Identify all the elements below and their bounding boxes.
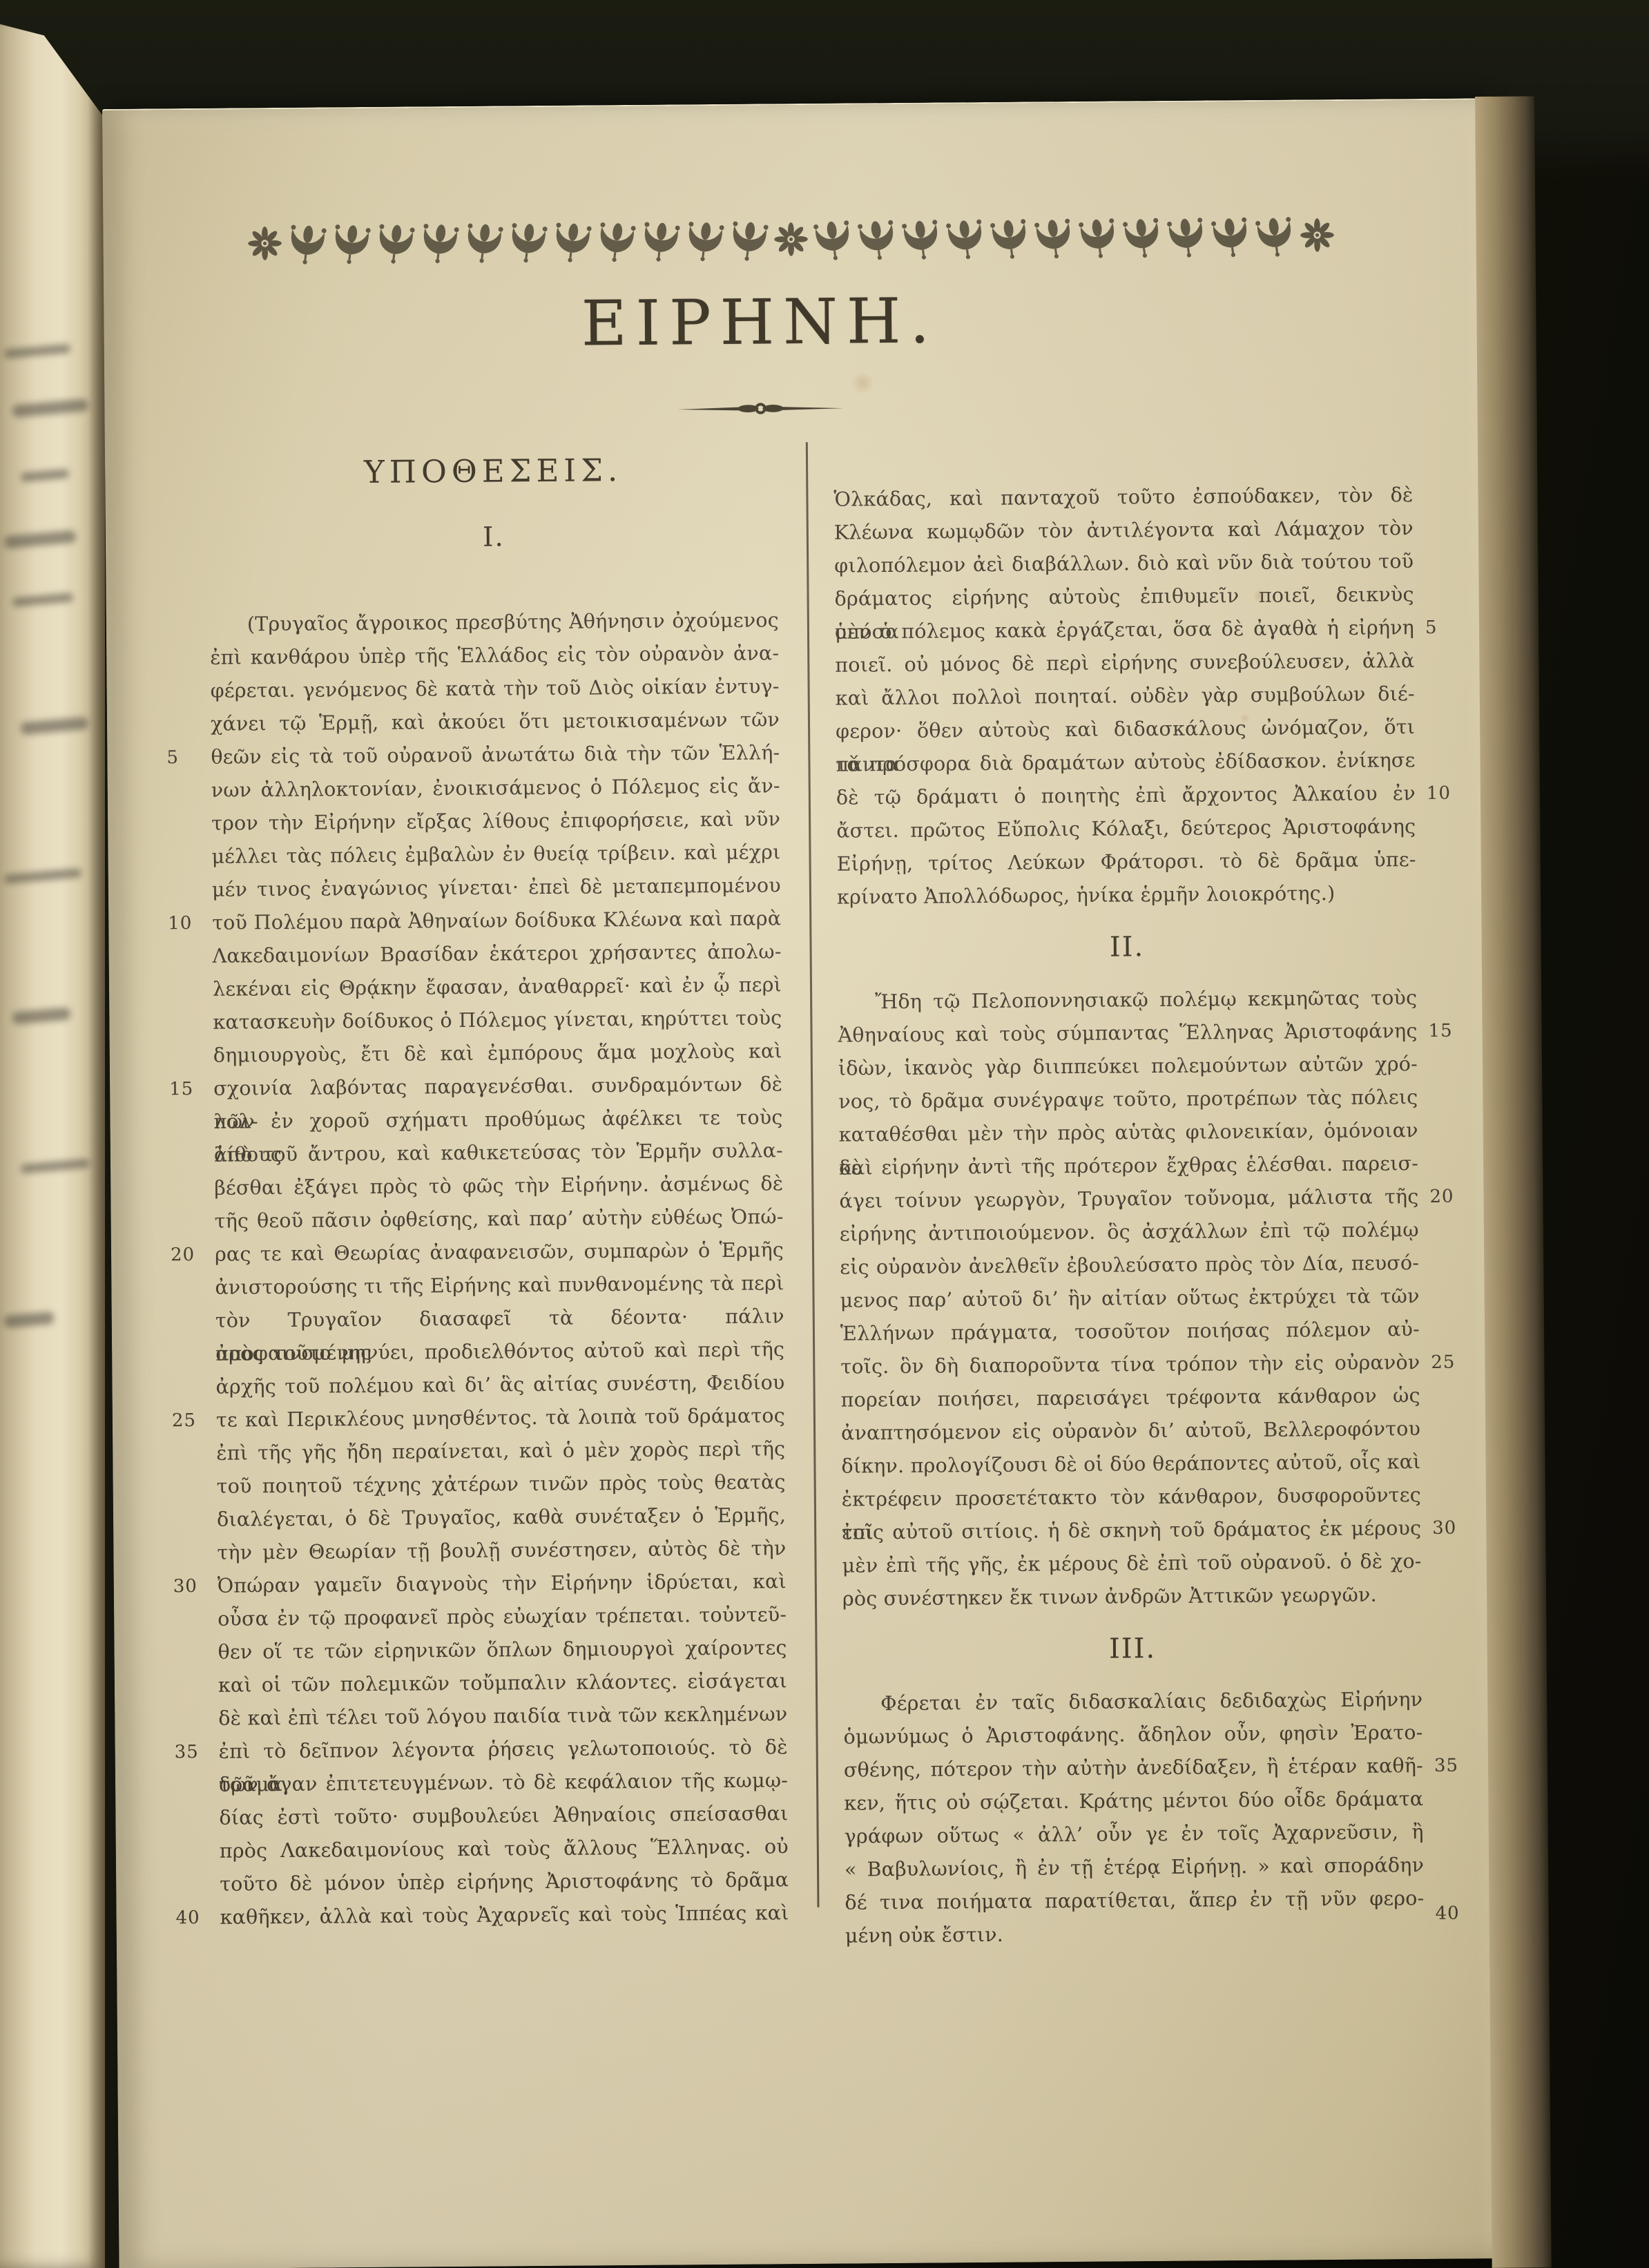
ornament-border-band <box>135 209 1447 272</box>
floral-motif-icon <box>331 222 372 266</box>
floral-motif-icon <box>1034 216 1074 260</box>
text-line-content: Ὁλκάδας, καὶ πανταχοῦ τοῦτο ἐσπούδακεν, … <box>833 483 1413 511</box>
text-line: θεν οἵ τε τῶν εἰρηνικῶν ὅπλων δημιουργοὶ… <box>218 1631 787 1669</box>
text-line: νος, τὸ δρᾶμα συνέγραψε τοῦτο, προτρέπων… <box>838 1081 1418 1119</box>
text-line-content: ἰδὼν, ἱκανὸς γὰρ διιππεύκει πολεμούντων … <box>838 1053 1418 1080</box>
facing-page-text-blur <box>3 530 76 549</box>
text-line: φερον· ὅθεν αὐτοὺς καὶ διδασκάλους ὠνόμα… <box>836 711 1415 749</box>
text-line-content: κατασκευὴν δοίδυκος ὁ Πόλεμος γίνεται, κ… <box>213 1006 782 1033</box>
text-line: δὲ καὶ ἐπὶ τέλει τοῦ λόγου παιδία τινὰ τ… <box>218 1698 787 1735</box>
text-line: τὰ πρόσφορα διὰ δραμάτων αὐτοὺς ἐδίδασκο… <box>836 744 1415 782</box>
floral-motif-icon <box>684 219 725 263</box>
floral-motif-icon <box>1211 215 1251 259</box>
text-line: θεῶν εἰς τὰ τοῦ οὐρανοῦ ἀνωτάτω διὰ τὴν … <box>211 736 780 773</box>
text-line-content: Ἤδη τῷ Πελοποννησιακῷ πολέμῳ κεκμηῶτας τ… <box>875 986 1417 1013</box>
text-line: οὖσα ἐν τῷ προφανεῖ πρὸς εὐωχίαν τρέπετα… <box>218 1598 787 1635</box>
text-line-content: ρὸς συνέστηκεν ἔκ τινων ἀνδρῶν Ἀττικῶν γ… <box>842 1584 1377 1611</box>
text-line: καὶ οἱ τῶν πολεμικῶν τοὔμπαλιν κλάοντες.… <box>218 1664 787 1702</box>
text-line: δράματος εἰρήνης αὐτοὺς ἐπιθυμεῖν ποιεῖ,… <box>834 578 1414 616</box>
line-number: 20 <box>171 1238 206 1271</box>
text-line-content: ποιεῖ. οὐ μόνος δὲ περὶ εἰρήνης συνεβούλ… <box>835 649 1414 677</box>
text-line: ἀρχῆς τοῦ πολέμου καὶ δι’ ἃς αἰτίας συνέ… <box>215 1366 784 1403</box>
text-line: δὲ τῷ δράματι ὁ ποιητὴς ἐπὶ ἄρχοντος Ἀλκ… <box>836 777 1416 815</box>
floral-motif-icon <box>1078 215 1119 260</box>
text-line: Κλέωνα κωμῳδῶν τὸν ἀντιλέγοντα καὶ Λάμαχ… <box>834 512 1414 550</box>
text-line-content: θεῶν εἰς τὰ τοῦ οὐρανοῦ ἀνωτάτω διὰ τὴν … <box>211 741 780 768</box>
rosette-icon <box>1299 214 1335 258</box>
hypothesis-ii-heading: II. <box>837 925 1416 970</box>
floral-motif-icon <box>990 216 1030 260</box>
text-line: τοῖς αὐτοῦ σιτίοις. ἡ δὲ σκηνὴ τοῦ δράμα… <box>842 1512 1421 1550</box>
text-line: « Βαβυλωνίοις, ἢ ἐν τῇ ἑτέρᾳ Εἰρήνῃ. » κ… <box>845 1849 1424 1887</box>
floral-motif-icon <box>508 220 548 265</box>
text-line-content: πρὸς Λακεδαιμονίους καὶ τοὺς ἄλλους Ἕλλη… <box>220 1835 789 1862</box>
text-line: δίκην. προλογίζουσι δὲ οἱ δύο θεράποντες… <box>841 1445 1420 1483</box>
floral-motif-icon <box>287 222 327 266</box>
text-line-content: τὴν μὲν Θεωρίαν τῇ βουλῇ συνέστησεν, αὐτ… <box>217 1537 786 1564</box>
text-line-content: καὶ οἱ τῶν πολεμικῶν τοὔμπαλιν κλάοντες.… <box>218 1669 787 1696</box>
text-line: Ἤδη τῷ Πελοποννησιακῷ πολέμῳ κεκμηῶτας τ… <box>838 981 1417 1019</box>
floral-motif-icon <box>1166 215 1207 259</box>
floral-motif-icon <box>945 217 986 261</box>
line-number: 5 <box>166 741 202 774</box>
text-line-content: κρίνατο Ἀπολλόδωρος, ἡνίκα ἑρμῆν λοιοκρό… <box>837 882 1335 909</box>
text-line-content: μέλλει τὰς πόλεις ἐμβαλὼν ἐν θυείᾳ τρίβε… <box>211 840 780 867</box>
facing-page-text-blur <box>21 1159 90 1174</box>
text-line: ὁμωνύμως ὁ Ἀριστοφάνης. ἄδηλον οὖν, φησὶ… <box>843 1716 1423 1754</box>
text-line: ἐπὶ κανθάρου ὑπὲρ τῆς Ἑλλάδος εἰς τὸν οὐ… <box>210 637 779 674</box>
text-line: πρὸς τοῦτο μηνύει, προδιελθόντος αὐτοῦ κ… <box>215 1333 784 1370</box>
text-line: ἐπὶ τὸ δεῖπνον λέγοντα ῥήσεις γελωτοποιο… <box>218 1731 787 1768</box>
line-number: 10 <box>1427 777 1463 810</box>
text-line-content: « Βαβυλωνίοις, ἢ ἐν τῇ ἑτέρᾳ Εἰρήνῃ. » κ… <box>845 1854 1424 1881</box>
text-line-content: δὲ τῷ δράματι ὁ ποιητὴς ἐπὶ ἄρχοντος Ἀλκ… <box>836 782 1416 809</box>
text-line-content: καθῆκεν, ἀλλὰ καὶ τοὺς Ἀχαρνεῖς καὶ τοὺς… <box>220 1901 789 1928</box>
text-line-content: σθένης, πότερον τὴν αὐτὴν ἀνεδίδαξεν, ἢ … <box>844 1754 1423 1782</box>
text-line: καθῆκεν, ἀλλὰ καὶ τοὺς Ἀχαρνεῖς καὶ τοὺς… <box>220 1896 789 1934</box>
facing-page-text-blur <box>4 868 82 884</box>
text-line: ρας τε καὶ Θεωρίας ἀναφανεισῶν, συμπαρὼν… <box>215 1233 784 1271</box>
text-line-content: τοῦτο δὲ μόνον ὑπὲρ εἰρήνης Ἀριστοφάνης … <box>220 1868 789 1895</box>
text-line: καταθέσθαι μὲν τὴν πρὸς αὑτὰς φιλονεικία… <box>839 1114 1418 1152</box>
text-line-content: φέρεται. γενόμενος δὲ κατὰ τὴν τοῦ Διὸς … <box>210 675 779 702</box>
hypothesis-i-heading: I. <box>209 519 778 555</box>
text-line-content: φιλοπόλεμον ἀεὶ διαβάλλων. διὸ καὶ νῦν δ… <box>834 550 1414 577</box>
text-line: Λακεδαιμονίων Βρασίδαν ἑκάτεροι χρήσαντε… <box>212 935 781 972</box>
text-line: τοῖς. ὃν δὴ διαποροῦντα τίνα τρόπον τὴν … <box>840 1346 1420 1384</box>
text-line: ἀνιστορούσης τι τῆς Εἰρήνης καὶ πυνθανομ… <box>215 1267 784 1304</box>
text-line-content: τε καὶ Περικλέους μνησθέντος. τὰ λοιπὰ τ… <box>216 1404 785 1431</box>
text-line-content: καὶ εἰρήνην ἀντὶ τῆς πρότερον ἔχθρας ἑλέ… <box>839 1152 1418 1180</box>
text-line: Ἀθηναίους καὶ τοὺς σύμπαντας Ἕλληνας Ἀρι… <box>838 1015 1417 1053</box>
line-number: 30 <box>173 1570 209 1603</box>
text-line-content: νων ἀλληλοκτονίαν, ἐνοικισάμενος ὁ Πόλεμ… <box>211 774 780 801</box>
text-line: καὶ ἄλλοι πολλοὶ ποιηταί. οὐδὲν γὰρ συμβ… <box>836 677 1415 715</box>
text-line-content: τοῖς. ὃν δὴ διαποροῦντα τίνα τρόπον τὴν … <box>840 1351 1420 1378</box>
title-divider-ornament <box>104 396 1416 424</box>
line-number: 40 <box>1435 1897 1471 1930</box>
text-line: τοῦ Πολέμου παρὰ Ἀθηναίων δοίδυκα Κλέωνα… <box>212 902 781 939</box>
foxing-spot <box>850 372 875 393</box>
text-line: τρον τὴν Εἰρήνην εἴρξας λίθους ἐπιφορήσε… <box>211 803 780 840</box>
line-number: 10 <box>168 907 204 940</box>
text-line-content: κεν, ἥτις οὐ σῴζεται. Κράτης μέντοι δύο … <box>844 1787 1423 1815</box>
text-line: ἄστει. πρῶτος Εὔπολις Κόλαξι, δεύτερος Ἀ… <box>836 810 1416 848</box>
text-line: καὶ εἰρήνην ἀντὶ τῆς πρότερον ἔχθρας ἑλέ… <box>839 1147 1418 1185</box>
text-line-content: δίας ἐστὶ τοῦτο· συμβουλεύει Ἀθηναίοις σ… <box>219 1802 788 1829</box>
floral-motif-icon <box>1122 215 1163 260</box>
text-line: μένη οὐκ ἔστιν.40 <box>845 1915 1425 1953</box>
text-line-content: δέ τινα ποιήματα παρατίθεται, ἅπερ ἐν τῇ… <box>845 1887 1424 1914</box>
text-line-content: ἀπὸ τοῦ ἄντρου, καὶ καθικετεύσας τὸν Ἑρμ… <box>214 1139 783 1166</box>
text-line-content: δημιουργοὺς, ἔτι δὲ καὶ ἐμπόρους ἅμα μοχ… <box>213 1039 782 1066</box>
text-line-content: ἐπὶ κανθάρου ὑπὲρ τῆς Ἑλλάδος εἰς τὸν οὐ… <box>210 642 779 669</box>
text-line: φιλοπόλεμον ἀεὶ διαβάλλων. διὸ καὶ νῦν δ… <box>834 545 1414 583</box>
text-line: ἰδὼν, ἱκανὸς γὰρ διιππεύκει πολεμούντων … <box>838 1048 1418 1086</box>
text-line-content: ὁμωνύμως ὁ Ἀριστοφάνης. ἄδηλον οὖν, φησὶ… <box>843 1721 1423 1749</box>
text-line-content: μὲν ἐπὶ τῆς γῆς, ἐκ μέρους δὲ ἐπὶ τοῦ οὐ… <box>842 1550 1421 1577</box>
text-line-content: πρὸς τοῦτο μηνύει, προδιελθόντος αὐτοῦ κ… <box>215 1338 784 1365</box>
line-number: 30 <box>1432 1512 1468 1545</box>
text-line-content: χάνει τῷ Ἑρμῇ, καὶ ἀκούει ὅτι μετοικισαμ… <box>211 708 780 735</box>
book-page: ΕΙΡΗΝΗ. ΥΠΟΘΕΣΕΙΣ. I. (Τρυγαῖος ἄγροικος… <box>102 98 1495 2268</box>
facing-page-edge <box>0 15 105 2268</box>
facing-page-text-blur <box>4 344 71 358</box>
text-line-content: τοῦ ποιητοῦ τέχνης χἀτέρων τινῶν πρὸς το… <box>217 1470 786 1497</box>
text-line-content: τοῦ Πολέμου παρὰ Ἀθηναίων δοίδυκα Κλέωνα… <box>212 907 781 934</box>
line-number: 35 <box>175 1736 211 1769</box>
text-line: Ὀπώραν γαμεῖν διαγνοὺς τὴν Εἰρήνην ἱδρύε… <box>218 1565 787 1602</box>
floral-motif-icon <box>463 220 504 265</box>
text-line-content: άγει τοίνυν γεωργὸν, Τρυγαῖον τοὔνομα, μ… <box>839 1185 1418 1213</box>
text-line: Ὁλκάδας, καὶ πανταχοῦ τοῦτο ἐσπούδακεν, … <box>833 479 1413 517</box>
text-line: λεκέναι εἰς Θρᾴκην ἔφασαν, ἀναθαρρεῖ· κα… <box>213 968 782 1006</box>
text-line-content: τοῖς αὐτοῦ σιτίοις. ἡ δὲ σκηνὴ τοῦ δράμα… <box>842 1517 1421 1544</box>
text-line: γράφων οὕτως « ἀλλ’ οὖν γε ἐν τοῖς Ἀχαρν… <box>844 1816 1423 1854</box>
text-line-content: ἄστει. πρῶτος Εὔπολις Κόλαξι, δεύτερος Ἀ… <box>836 815 1416 843</box>
text-line-content: δὲ καὶ ἐπὶ τέλει τοῦ λόγου παιδία τινὰ τ… <box>218 1702 787 1729</box>
text-line-content: διαλέγεται, ὁ δὲ Τρυγαῖος, καθὰ συνέταξε… <box>217 1503 786 1530</box>
text-line: δημιουργοὺς, ἔτι δὲ καὶ ἐμπόρους ἅμα μοχ… <box>213 1035 782 1072</box>
facing-page-text-blur <box>21 469 70 482</box>
floral-motif-icon <box>1255 214 1295 258</box>
text-line: τὸν Τρυγαῖον διασαφεῖ τὰ δέοντα· πάλιν ἀ… <box>215 1300 784 1337</box>
text-line-content: Ἀθηναίους καὶ τοὺς σύμπαντας Ἕλληνας Ἀρι… <box>838 1019 1417 1047</box>
text-line: λῶν ἐν χοροῦ σχήματι προθύμως ἀφέλκει τε… <box>213 1101 782 1138</box>
text-line: κρίνατο Ἀπολλόδωρος, ἡνίκα ἑρμῆν λοιοκρό… <box>837 876 1416 914</box>
text-line: μέν τινος ἐναγώνιος γίνεται· ἐπεὶ δὲ μετ… <box>212 869 781 906</box>
text-line: σχοινία λαβόντας παραγενέσθαι. συνδραμόν… <box>213 1068 782 1105</box>
text-line-content: μὲν ὁ πόλεμος κακὰ ἐργάζεται, ὅσα δὲ ἀγα… <box>835 616 1414 644</box>
text-line-content: εἰρήνης ἀντιποιούμενον. ὃς ἀσχάλλων ἐπὶ … <box>840 1218 1419 1246</box>
facing-page-text-blur <box>12 398 88 418</box>
text-line-content: Φέρεται ἐν ταῖς διδασκαλίαις δεδιδαχὼς Ε… <box>880 1688 1423 1715</box>
text-line: Φέρεται ἐν ταῖς διδασκαλίαις δεδιδαχὼς Ε… <box>843 1683 1423 1721</box>
facing-page-text-blur <box>20 717 88 735</box>
line-number: 40 <box>175 1901 211 1934</box>
text-line: πορείαν ποιήσει, παρεισάγει τρέφοντα κάν… <box>841 1379 1420 1417</box>
text-line: κεν, ἥτις οὐ σῴζεται. Κράτης μέντοι δύο … <box>844 1782 1423 1820</box>
floral-motif-icon <box>813 218 854 262</box>
text-line-content: ἀναπτησόμενον εἰς οὐρανὸν δι’ αὐτοῦ, Βελ… <box>841 1417 1420 1445</box>
text-line: μέλλει τὰς πόλεις ἐμβαλὼν ἐν θυείᾳ τρίβε… <box>211 836 780 873</box>
text-line: (Τρυγαῖος ἄγροικος πρεσβύτης Ἀθήνησιν ὀχ… <box>210 604 779 641</box>
text-line: άγει τοίνυν γεωργὸν, Τρυγαῖον τοὔνομα, μ… <box>839 1180 1418 1218</box>
hypotheses-heading: ΥΠΟΘΕΣΕΙΣ. <box>209 450 778 491</box>
rosette-icon <box>247 222 283 267</box>
text-line-content: εἰς οὐρανὸν ἀνελθεῖν ἐβουλεύσατο πρὸς τὸ… <box>840 1251 1419 1279</box>
text-line-content: τῆς θεοῦ πᾶσιν ὀφθείσης, καὶ παρ’ αὐτὴν … <box>215 1205 784 1232</box>
text-line: κατασκευὴν δοίδυκος ὁ Πόλεμος γίνεται, κ… <box>213 1001 782 1039</box>
text-line: ἀπὸ τοῦ ἄντρου, καὶ καθικετεύσας τὸν Ἑρμ… <box>214 1134 783 1171</box>
text-line: τῶν ἄγαν ἐπιτετευγμένων. τὸ δὲ κεφάλαιον… <box>219 1764 788 1801</box>
text-line: διαλέγεται, ὁ δὲ Τρυγαῖος, καθὰ συνέταξε… <box>217 1499 786 1536</box>
text-line: μενος παρ’ αὐτοῦ δι’ ἣν αἰτίαν οὕτως ἐκτ… <box>840 1280 1419 1318</box>
text-line-content: ρας τε καὶ Θεωρίας ἀναφανεισῶν, συμπαρὼν… <box>215 1238 784 1265</box>
text-line-content: ἀνιστορούσης τι τῆς Εἰρήνης καὶ πυνθανομ… <box>215 1271 784 1298</box>
text-line-content: ἐπὶ τῆς γῆς ἤδη περαίνεται, καὶ ὁ μὲν χο… <box>216 1437 785 1464</box>
facing-page-text-blur <box>12 593 74 607</box>
text-line: τοῦτο δὲ μόνον ὑπὲρ εἰρήνης Ἀριστοφάνης … <box>220 1863 789 1901</box>
text-line-content: πορείαν ποιήσει, παρεισάγει τρέφοντα κάν… <box>841 1384 1420 1412</box>
line-number: 25 <box>172 1404 208 1437</box>
line-number: 15 <box>169 1073 205 1106</box>
floral-motif-icon <box>419 221 460 265</box>
text-line-content: μέν τινος ἐναγώνιος γίνεται· ἐπεὶ δὲ μετ… <box>212 874 781 901</box>
text-line-content: ἀρχῆς τοῦ πολέμου καὶ δι’ ἃς αἰτίας συνέ… <box>215 1371 784 1398</box>
text-line-content: τὰ πρόσφορα διὰ δραμάτων αὐτοὺς ἐδίδασκο… <box>836 749 1415 776</box>
divider-icon <box>677 401 843 417</box>
text-line: ἐκτρέφειν προσετέτακτο τὸν κάνθαρον, δυσ… <box>842 1479 1421 1517</box>
text-line-content: λεκέναι εἰς Θρᾴκην ἔφασαν, ἀναθαρρεῖ· κα… <box>213 973 782 1000</box>
text-line: δέ τινα ποιήματα παρατίθεται, ἅπερ ἐν τῇ… <box>845 1882 1424 1920</box>
text-line: ἐπὶ τῆς γῆς ἤδη περαίνεται, καὶ ὁ μὲν χο… <box>216 1432 785 1470</box>
floral-motif-icon <box>640 219 681 263</box>
text-line: χάνει τῷ Ἑρμῇ, καὶ ἀκούει ὅτι μετοικισαμ… <box>211 703 780 740</box>
line-number: 5 <box>1425 611 1461 644</box>
text-line-content: Εἰρήνῃ, τρίτος Λεύκων Φράτορσι. τὸ δὲ δρ… <box>836 848 1416 876</box>
text-line: μὲν ἐπὶ τῆς γῆς, ἐκ μέρους δὲ ἐπὶ τοῦ οὐ… <box>842 1545 1421 1583</box>
book-photo: { "document": { "title": "ΕΙΡΗΝΗ.", "hyp… <box>0 0 1649 2268</box>
floral-motif-icon <box>596 220 637 264</box>
text-line: εἰς οὐρανὸν ἀνελθεῖν ἐβουλεύσατο πρὸς τὸ… <box>840 1247 1419 1285</box>
text-line: ρὸς συνέστηκεν ἔκ τινων ἀνδρῶν Ἀττικῶν γ… <box>842 1578 1422 1616</box>
line-number: 20 <box>1429 1180 1465 1213</box>
text-line-content: μένη οὐκ ἔστιν. <box>845 1923 1003 1948</box>
text-line: σθένης, πότερον τὴν αὐτὴν ἀνεδίδαξεν, ἢ … <box>844 1749 1423 1787</box>
text-line-content: τρον τὴν Εἰρήνην εἴρξας λίθους ἐπιφορήσε… <box>211 807 780 834</box>
text-line-content: βέσθαι ἐξάγει πρὸς τὸ φῶς τὴν Εἰρήνην. ἀ… <box>214 1172 783 1199</box>
text-line: φέρεται. γενόμενος δὲ κατὰ τὴν τοῦ Διὸς … <box>210 670 779 707</box>
text-line-content: δίκην. προλογίζουσι δὲ οἱ δύο θεράποντες… <box>841 1450 1420 1478</box>
line-number: 15 <box>1428 1015 1464 1048</box>
text-line-content: τῶν ἄγαν ἐπιτετευγμένων. τὸ δὲ κεφάλαιον… <box>219 1769 788 1796</box>
floral-motif-icon <box>857 218 898 262</box>
text-line: μὲν ὁ πόλεμος κακὰ ἐργάζεται, ὅσα δὲ ἀγα… <box>835 611 1414 649</box>
text-line: ἀναπτησόμενον εἰς οὐρανὸν δι’ αὐτοῦ, Βελ… <box>841 1412 1420 1450</box>
text-line: πρὸς Λακεδαιμονίους καὶ τοὺς ἄλλους Ἕλλη… <box>220 1830 789 1867</box>
text-line: βέσθαι ἐξάγει πρὸς τὸ φῶς τὴν Εἰρήνην. ἀ… <box>214 1167 783 1204</box>
column-rule <box>806 442 820 1907</box>
text-line-content: Κλέωνα κωμῳδῶν τὸν ἀντιλέγοντα καὶ Λάμαχ… <box>834 517 1414 544</box>
line-number: 25 <box>1431 1346 1467 1379</box>
text-line: τοῦ ποιητοῦ τέχνης χἀτέρων τινῶν πρὸς το… <box>216 1465 785 1503</box>
left-column: (Τρυγαῖος ἄγροικος πρεσβύτης Ἀθήνησιν ὀχ… <box>210 604 789 1934</box>
text-line-content: θεν οἵ τε τῶν εἰρηνικῶν ὅπλων δημιουργοὶ… <box>218 1636 787 1663</box>
text-line: Εἰρήνῃ, τρίτος Λεύκων Φράτορσι. τὸ δὲ δρ… <box>836 843 1416 881</box>
floral-motif-icon <box>729 218 769 262</box>
text-line: δίας ἐστὶ τοῦτο· συμβουλεύει Ἀθηναίοις σ… <box>219 1797 788 1834</box>
text-line-content: οὖσα ἐν τῷ προφανεῖ πρὸς εὐωχίαν τρέπετα… <box>218 1603 787 1630</box>
text-line: τῆς θεοῦ πᾶσιν ὀφθείσης, καὶ παρ’ αὐτὴν … <box>214 1200 783 1238</box>
text-line-content: γράφων οὕτως « ἀλλ’ οὖν γε ἐν τοῖς Ἀχαρν… <box>845 1820 1424 1848</box>
text-line-content: νος, τὸ δρᾶμα συνέγραψε τοῦτο, προτρέπων… <box>838 1086 1418 1113</box>
text-line: τε καὶ Περικλέους μνησθέντος. τὰ λοιπὰ τ… <box>216 1399 785 1436</box>
facing-page-text-blur <box>12 1007 70 1024</box>
text-line-content: (Τρυγαῖος ἄγροικος πρεσβύτης Ἀθήνησιν ὀχ… <box>247 608 779 635</box>
text-line: τὴν μὲν Θεωρίαν τῇ βουλῇ συνέστησεν, αὐτ… <box>217 1532 786 1569</box>
text-line-content: Λακεδαιμονίων Βρασίδαν ἑκάτεροι χρήσαντε… <box>213 940 782 967</box>
text-line: νων ἀλληλοκτονίαν, ἐνοικισάμενος ὁ Πόλεμ… <box>211 769 780 807</box>
text-line: ποιεῖ. οὐ μόνος δὲ περὶ εἰρήνης συνεβούλ… <box>835 644 1414 682</box>
right-column: Ὁλκάδας, καὶ πανταχοῦ τοῦτο ἐσπούδακεν, … <box>833 479 1425 1953</box>
line-number: 35 <box>1434 1749 1470 1782</box>
text-line: Ἑλλήνων πράγματα, τοσοῦτον ποιήσας πόλεμ… <box>840 1313 1420 1351</box>
text-line-content: μενος παρ’ αὐτοῦ δι’ ἣν αἰτίαν οὕτως ἐκτ… <box>840 1285 1419 1312</box>
text-line-content: Ἑλλήνων πράγματα, τοσοῦτον ποιήσας πόλεμ… <box>840 1318 1420 1345</box>
facing-page-text-blur <box>3 1311 54 1328</box>
floral-motif-icon <box>552 220 592 264</box>
text-line: εἰρήνης ἀντιποιούμενον. ὃς ἀσχάλλων ἐπὶ … <box>840 1213 1419 1251</box>
hypothesis-iii-heading: III. <box>842 1626 1422 1671</box>
rosette-icon <box>773 218 809 262</box>
floral-motif-icon <box>375 221 416 265</box>
text-line-content: Ὀπώραν γαμεῖν διαγνοὺς τὴν Εἰρήνην ἱδρύε… <box>218 1570 787 1597</box>
page-title: ΕΙΡΗΝΗ. <box>104 281 1416 364</box>
text-line-content: καὶ ἄλλοι πολλοὶ ποιηταί. οὐδὲν γὰρ συμβ… <box>836 682 1415 710</box>
floral-motif-icon <box>901 217 942 261</box>
